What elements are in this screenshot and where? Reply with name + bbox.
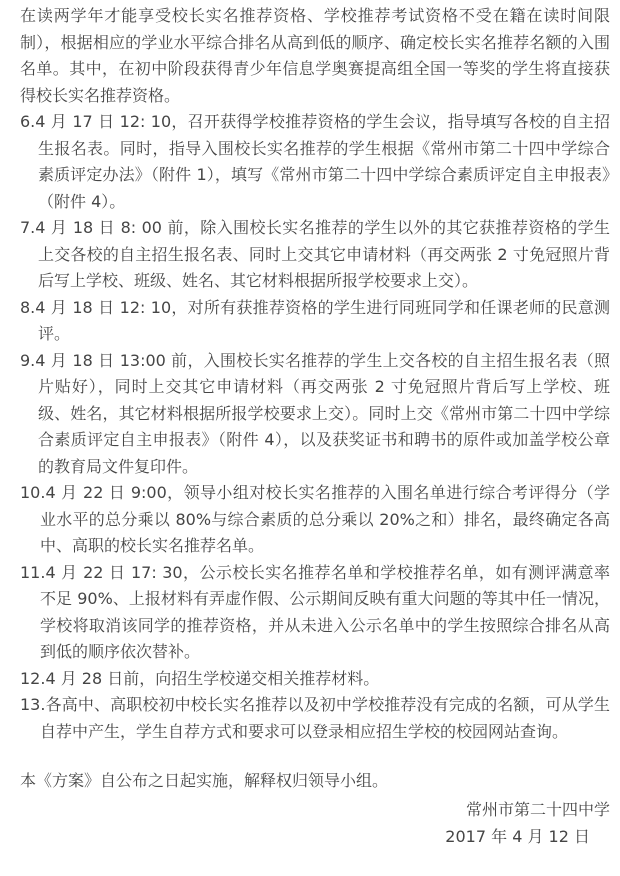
item-text: 4 月 18 日 8: 00 前，除入围校长实名推荐的学生以外的其它获推荐资格的… [35, 218, 610, 290]
numbered-item-11: 11.4 月 22 日 17: 30，公示校长实名推荐名单和学校推荐名单，如有测… [20, 560, 610, 666]
item-text: 4 月 22 日 17: 30，公示校长实名推荐名单和学校推荐名单，如有测评满意… [40, 563, 610, 662]
item-text: 4 月 18 日 12: 10，对所有获推荐资格的学生进行同班同学和任课老师的民… [35, 298, 610, 344]
numbered-item-13: 13.各高中、高职校初中校长实名推荐以及初中学校推荐没有完成的名额，可从学生自荐… [20, 692, 610, 745]
item-text: 4 月 28 日前，向招生学校递交相关推荐材料。 [45, 669, 379, 688]
item-number: 13. [20, 695, 45, 714]
signature-date: 2017 年 4 月 12 日 [20, 823, 610, 850]
signature-school: 常州市第二十四中学 [20, 796, 610, 823]
item-number: 9. [20, 351, 35, 370]
numbered-item-9: 9.4 月 18 日 13:00 前，入围校长实名推荐的学生上交各校的自主招生报… [20, 348, 610, 481]
item-number: 7. [20, 218, 35, 237]
item-number: 10. [20, 483, 45, 502]
item-text: 4 月 22 日 9:00，领导小组对校长实名推荐的入围名单进行综合考评得分（学… [40, 483, 610, 555]
numbered-item-6: 6.4 月 17 日 12: 10，召开获得学校推荐资格的学生会议，指导填写各校… [20, 109, 610, 215]
item-text: 4 月 17 日 12: 10，召开获得学校推荐资格的学生会议，指导填写各校的自… [35, 112, 610, 211]
numbered-item-10: 10.4 月 22 日 9:00，领导小组对校长实名推荐的入围名单进行综合考评得… [20, 480, 610, 560]
numbered-item-7: 7.4 月 18 日 8: 00 前，除入围校长实名推荐的学生以外的其它获推荐资… [20, 215, 610, 295]
continuation-paragraph: 在读两学年才能享受校长实名推荐资格、学校推荐考试资格不受在籍在读时间限制），根据… [20, 3, 610, 109]
item-number: 12. [20, 669, 45, 688]
document-page: 在读两学年才能享受校长实名推荐资格、学校推荐考试资格不受在籍在读时间限制），根据… [0, 0, 620, 876]
signature-block: 常州市第二十四中学 2017 年 4 月 12 日 [20, 796, 610, 850]
numbered-item-8: 8.4 月 18 日 12: 10，对所有获推荐资格的学生进行同班同学和任课老师… [20, 295, 610, 348]
item-text: 4 月 18 日 13:00 前，入围校长实名推荐的学生上交各校的自主招生报名表… [35, 351, 610, 476]
item-number: 6. [20, 112, 35, 131]
item-text: 各高中、高职校初中校长实名推荐以及初中学校推荐没有完成的名额，可从学生自荐中产生… [40, 695, 610, 741]
closing-statement: 本《方案》自公布之日起实施，解释权归领导小组。 [20, 768, 610, 795]
numbered-item-12: 12.4 月 28 日前，向招生学校递交相关推荐材料。 [20, 666, 610, 693]
item-number: 8. [20, 298, 35, 317]
item-number: 11. [20, 563, 45, 582]
